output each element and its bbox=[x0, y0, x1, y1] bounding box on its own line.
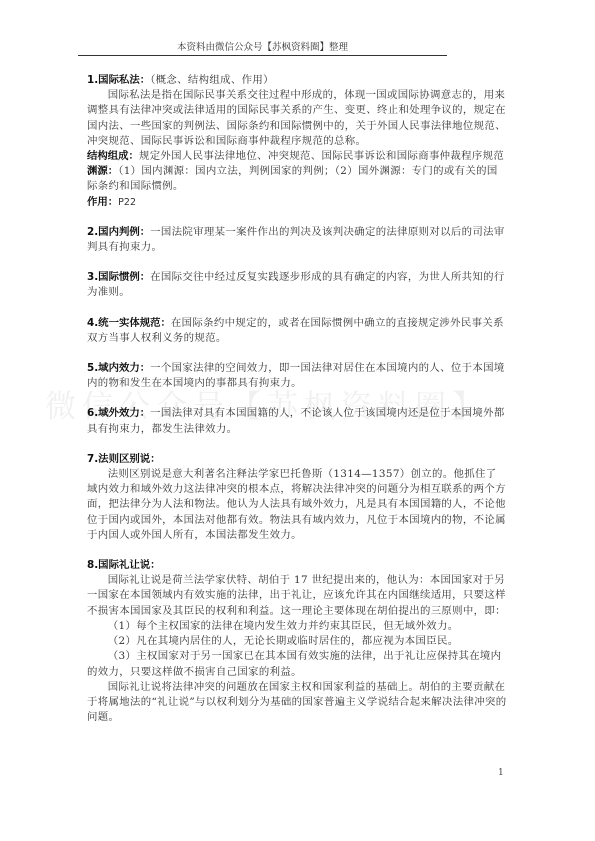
spacer bbox=[87, 301, 507, 316]
spacer bbox=[87, 255, 507, 270]
section-3: 3.国际惯例：在国际交往中经过反复实践逐步形成的具有确定的内容，为世人所共知的行… bbox=[87, 270, 507, 300]
section-1-heading-line: 1.国际私法：（概念、结构组成、作用） bbox=[87, 73, 507, 88]
section-6: 6.域外效力：一国法律对具有本国国籍的人，不论该人位于该国境内还是位于本国境外都… bbox=[87, 406, 507, 436]
definition-item: 结构组成：规定外国人民事法律地位、冲突规范、国际民事诉讼和国际商事仲裁程序规范 bbox=[87, 149, 507, 164]
spacer bbox=[87, 391, 507, 406]
definition-item: 作用：P22 bbox=[87, 195, 507, 210]
item-text: （1）国内渊源：国内立法，判例国家的判例；（2）国外渊源：专门的或有关的国际条约… bbox=[87, 165, 498, 192]
item-text: P22 bbox=[118, 197, 136, 208]
section-heading: 7.法则区别说： bbox=[87, 453, 161, 465]
paragraph: 国际礼让说是荷兰法学家伏特、胡伯于 17 世纪提出来的，他认为：本国国家对于另一… bbox=[87, 573, 507, 619]
spacer bbox=[87, 437, 507, 452]
paragraph: 国际私法是指在国际民事关系交往过程中形成的，体现一国或国际协调意志的，用来调整具… bbox=[87, 88, 507, 149]
section-4: 4.统一实体规范：在国际条约中规定的，或者在国际惯例中确立的直接规定涉外民事关系… bbox=[87, 316, 507, 346]
section-7-heading-line: 7.法则区别说： bbox=[87, 452, 507, 467]
section-heading: 1.国际私法： bbox=[87, 74, 150, 86]
item-text: 规定外国人民事法律地位、冲突规范、国际民事诉讼和国际商事仲裁程序规范 bbox=[139, 150, 504, 162]
principle-item: （2）凡在其境内居住的人，无论长期或临时居住的，都应视为本国臣民。 bbox=[87, 634, 507, 649]
section-8-heading-line: 8.国际礼让说： bbox=[87, 558, 507, 573]
section-2: 2.国内判例：一国法院审理某一案件作出的判决及该判决确定的法律原则对以后的司法审… bbox=[87, 225, 507, 255]
section-heading: 8.国际礼让说： bbox=[87, 559, 161, 571]
item-label: 作用： bbox=[87, 196, 118, 208]
paragraph: 国际礼让说将法律冲突的问题放在国家主权和国家利益的基础上。胡伯的主要贡献在于将属… bbox=[87, 680, 507, 726]
page-number: 1 bbox=[498, 768, 504, 778]
section-text: 一个国家法律的空间效力，即一国法律对居住在本国境内的人、位于本国境内的物和发生在… bbox=[87, 362, 505, 389]
spacer bbox=[87, 543, 507, 558]
section-heading: 2.国内判例： bbox=[87, 226, 150, 238]
principle-item: （1）每个主权国家的法律在境内发生效力并约束其臣民，但无域外效力。 bbox=[87, 619, 507, 634]
principle-item: （3）主权国家对于另一国家已在其本国有效实施的法律，出于礼让应保持其在境内的效力… bbox=[87, 649, 507, 679]
section-heading: 4.统一实体规范： bbox=[87, 317, 171, 329]
section-text: 一国法律对具有本国国籍的人，不论该人位于该国境内还是位于本国境外都具有拘束力，都… bbox=[87, 407, 505, 434]
spacer bbox=[87, 346, 507, 361]
document-page: 本资料由微信公众号【苏枫资料圈】整理 微信公众号【苏枫资料圈】 1.国际私法：（… bbox=[0, 0, 595, 841]
item-label: 渊源： bbox=[87, 165, 118, 177]
section-5: 5.域内效力：一个国家法律的空间效力，即一国法律对居住在本国境内的人、位于本国境… bbox=[87, 361, 507, 391]
section-heading: 5.域内效力： bbox=[87, 362, 150, 374]
page-header: 本资料由微信公众号【苏枫资料圈】整理 bbox=[78, 42, 447, 54]
definition-item: 渊源：（1）国内渊源：国内立法，判例国家的判例；（2）国外渊源：专门的或有关的国… bbox=[87, 164, 507, 194]
section-heading-suffix: （概念、结构组成、作用） bbox=[150, 74, 274, 86]
spacer bbox=[87, 210, 507, 225]
section-text: 在国际交往中经过反复实践逐步形成的具有确定的内容，为世人所共知的行为准则。 bbox=[87, 271, 505, 298]
document-body: 1.国际私法：（概念、结构组成、作用） 国际私法是指在国际民事关系交往过程中形成… bbox=[87, 73, 507, 725]
section-heading: 6.域外效力： bbox=[87, 407, 150, 419]
section-heading: 3.国际惯例： bbox=[87, 271, 150, 283]
header-divider bbox=[78, 55, 447, 56]
paragraph: 法则区别说是意大利著名注释法学家巴托鲁斯（1314—1357）创立的。他抓住了域… bbox=[87, 467, 507, 543]
item-label: 结构组成： bbox=[87, 150, 139, 162]
section-text: 一国法院审理某一案件作出的判决及该判决确定的法律原则对以后的司法审判具有拘束力。 bbox=[87, 226, 505, 253]
